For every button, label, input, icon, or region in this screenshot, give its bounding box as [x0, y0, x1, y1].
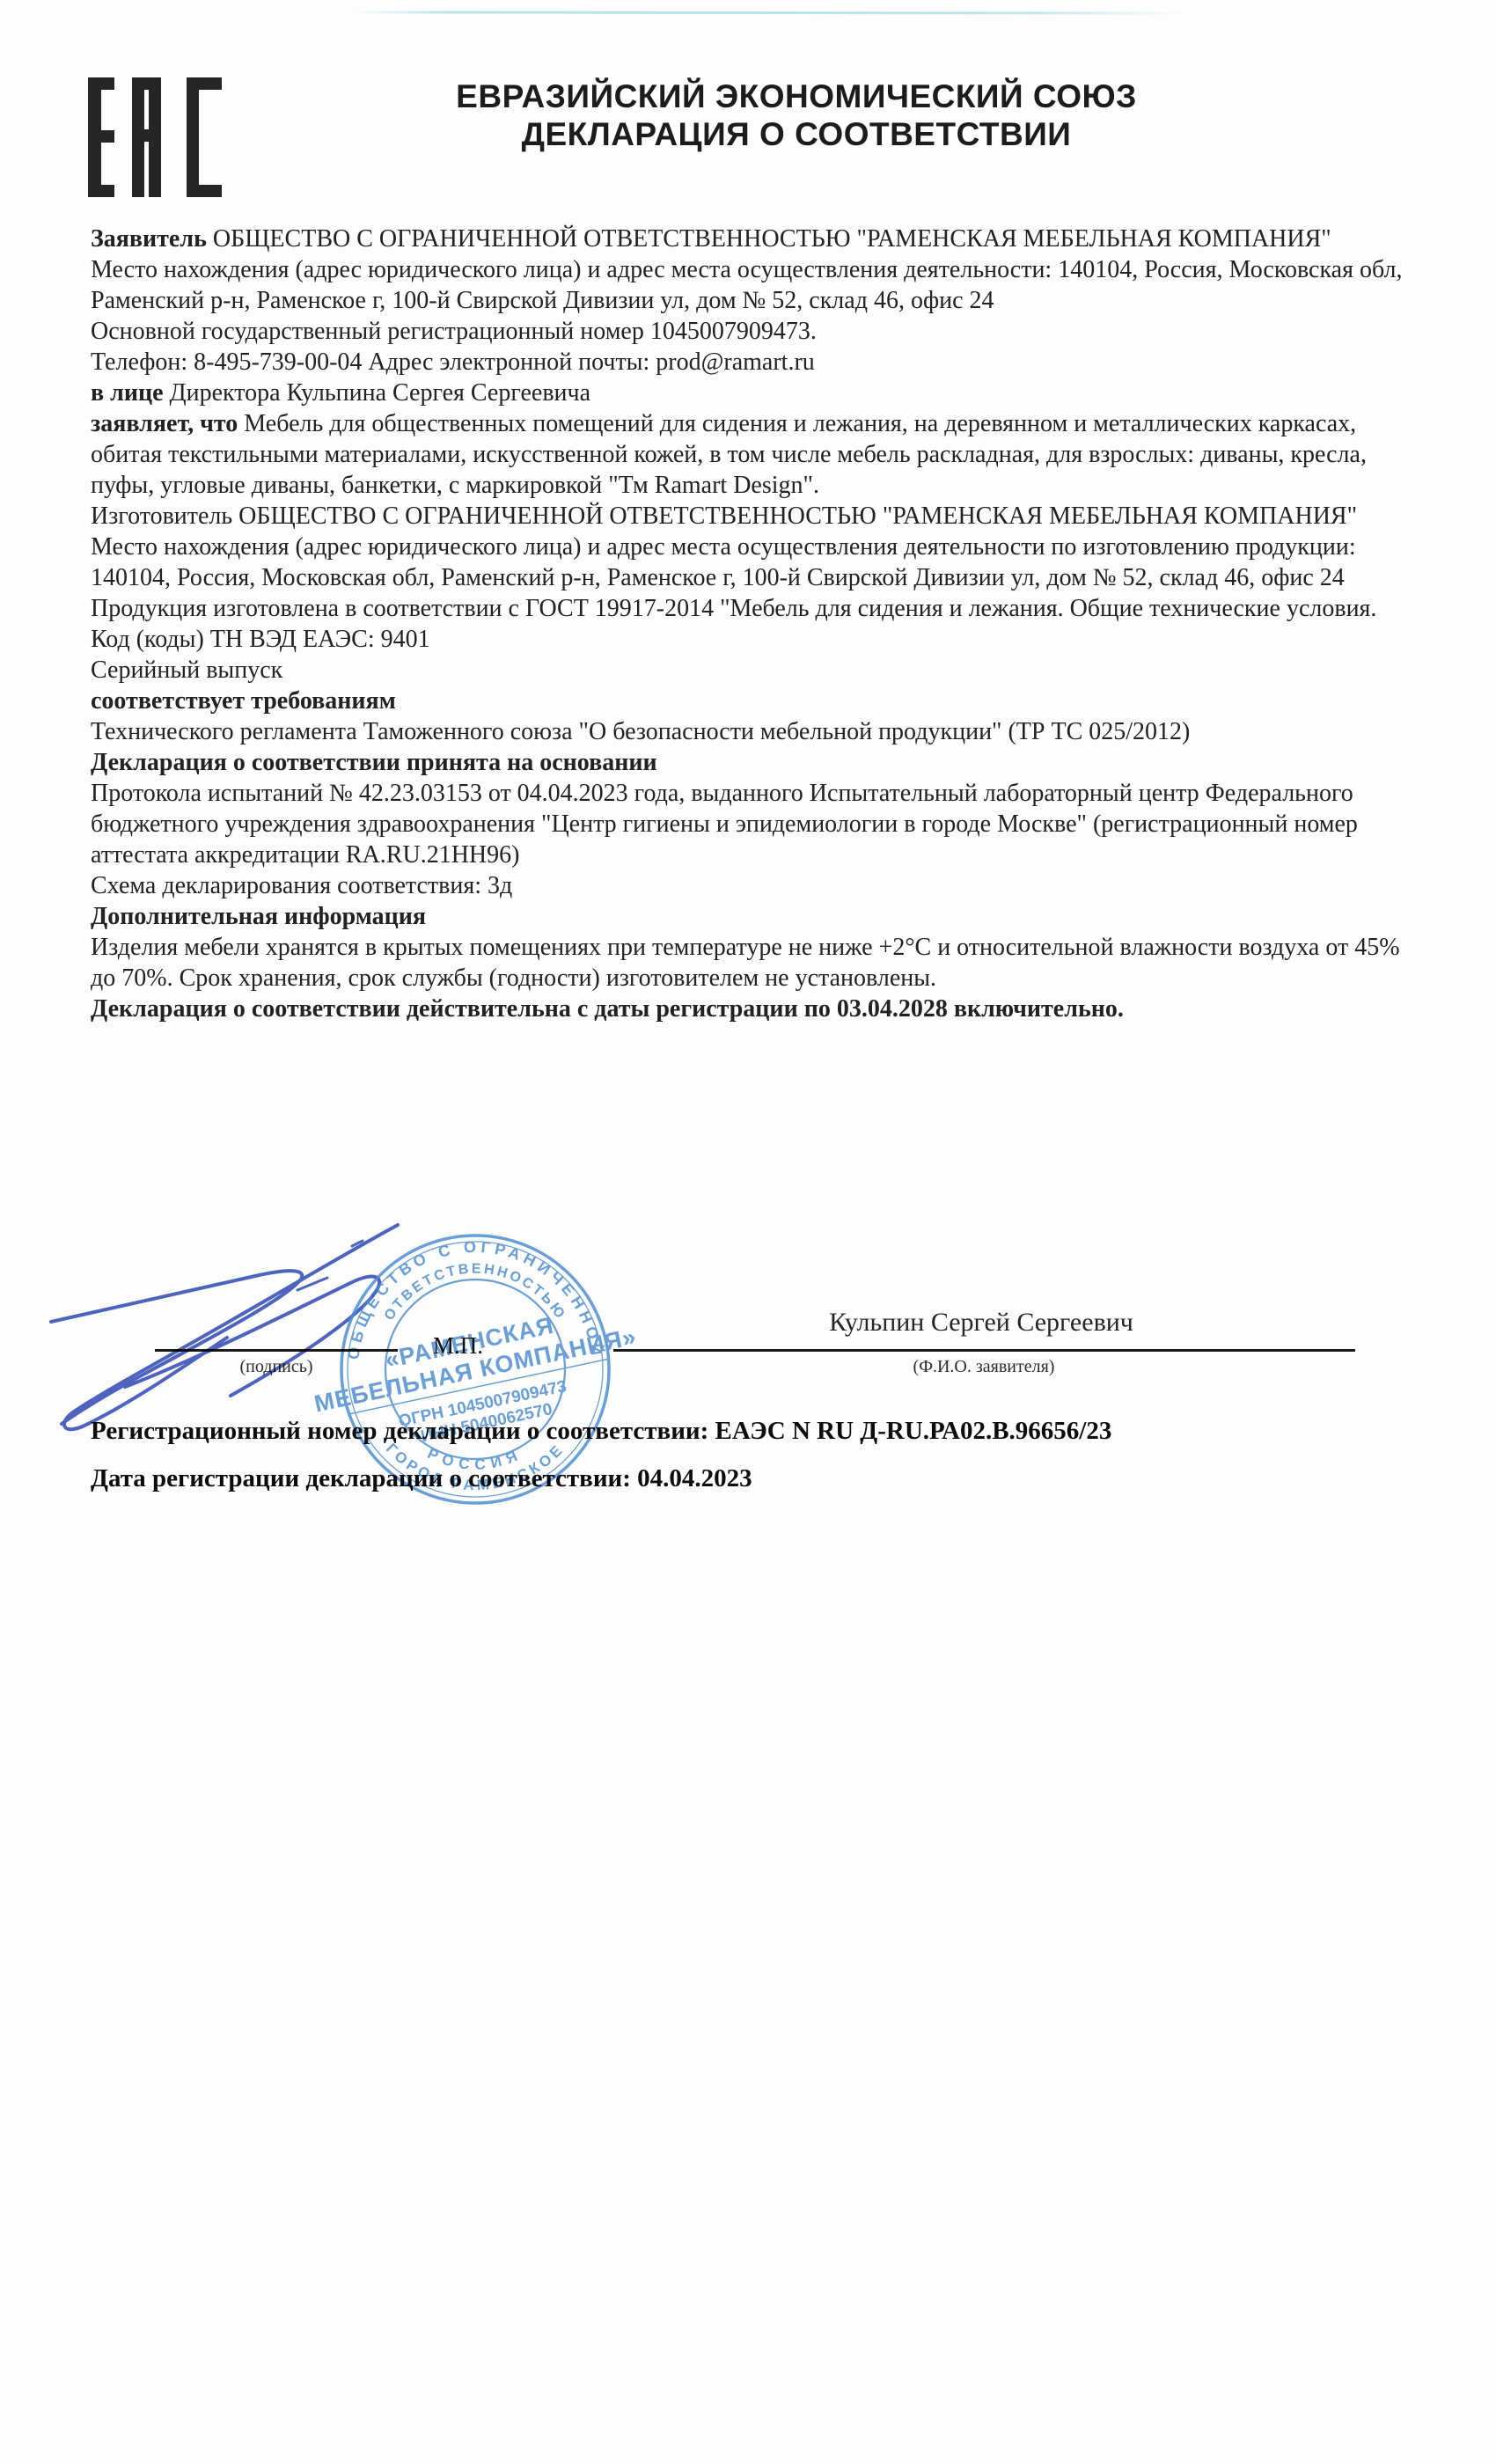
basis-protocol: Протокола испытаний № 42.23.03153 от 04.…: [91, 778, 1404, 870]
signature-caption: (подпись): [155, 1357, 398, 1377]
declaration-document-page: ЕВРАЗИЙСКИЙ ЭКОНОМИЧЕСКИЙ СОЮЗ ДЕКЛАРАЦИ…: [0, 0, 1496, 2464]
document-body: Заявитель ОБЩЕСТВО С ОГРАНИЧЕННОЙ ОТВЕТС…: [91, 224, 1404, 1024]
stamp-place-label: М.П.: [433, 1332, 483, 1360]
stamp-arc-top-inner: ОТВЕТСТВЕННОСТЬЮ: [382, 1261, 568, 1323]
document-header: ЕВРАЗИЙСКИЙ ЭКОНОМИЧЕСКИЙ СОЮЗ ДЕКЛАРАЦИ…: [180, 77, 1412, 153]
basis-label: Декларация о соответствии принята на осн…: [91, 747, 1404, 778]
fio-caption: (Ф.И.О. заявителя): [852, 1357, 1116, 1377]
product-description: Мебель для общественных помещений для си…: [91, 410, 1367, 499]
document-title: ДЕКЛАРАЦИЯ О СООТВЕТСТВИИ: [180, 115, 1412, 153]
signer-name: Кульпин Сергей Сергеевич: [796, 1308, 1166, 1338]
validity-statement: Декларация о соответствии действительна …: [91, 994, 1404, 1024]
applicant-contacts: Телефон: 8-495-739-00-04 Адрес электронн…: [91, 347, 1404, 378]
basis-scheme: Схема декларирования соответствия: 3д: [91, 870, 1404, 901]
handwritten-signature: [51, 1225, 398, 1429]
additional-info-text: Изделия мебели хранятся в крытых помещен…: [91, 932, 1404, 994]
applicant-person: в лице Директора Кульпина Сергея Сергеев…: [91, 378, 1404, 408]
regulation-reference: Технического регламента Таможенного союз…: [91, 716, 1404, 747]
serial-issue: Серийный выпуск: [91, 655, 1404, 686]
registration-date-line: Дата регистрации декларации о соответств…: [91, 1464, 1411, 1493]
tnved-code: Код (коды) ТН ВЭД ЕАЭС: 9401: [91, 624, 1404, 655]
applicant-label: Заявитель: [91, 225, 207, 253]
applicant-paragraph: Заявитель ОБЩЕСТВО С ОГРАНИЧЕННОЙ ОТВЕТС…: [91, 224, 1404, 254]
person-label: в лице: [91, 379, 164, 407]
manufacturer-address: Место нахождения (адрес юридического лиц…: [91, 532, 1404, 624]
declares-label: заявляет, что: [91, 410, 238, 437]
signature-line: [155, 1349, 398, 1352]
additional-info-label: Дополнительная информация: [91, 901, 1404, 932]
fio-line: [613, 1349, 1355, 1352]
scan-artifact-line: [352, 11, 1188, 14]
manufacturer-paragraph: Изготовитель ОБЩЕСТВО С ОГРАНИЧЕННОЙ ОТВ…: [91, 501, 1404, 532]
complies-label: соответствует требованиям: [91, 686, 1404, 716]
person-name: Директора Кульпина Сергея Сергеевича: [164, 379, 591, 407]
applicant-address: Место нахождения (адрес юридического лиц…: [91, 254, 1404, 316]
registration-number-line: Регистрационный номер декларации о соотв…: [91, 1417, 1411, 1446]
applicant-ogrn: Основной государственный регистрационный…: [91, 316, 1404, 347]
union-title: ЕВРАЗИЙСКИЙ ЭКОНОМИЧЕСКИЙ СОЮЗ: [180, 77, 1412, 115]
applicant-name: ОБЩЕСТВО С ОГРАНИЧЕННОЙ ОТВЕТСТВЕННОСТЬЮ…: [207, 225, 1331, 253]
declares-paragraph: заявляет, что Мебель для общественных по…: [91, 408, 1404, 501]
